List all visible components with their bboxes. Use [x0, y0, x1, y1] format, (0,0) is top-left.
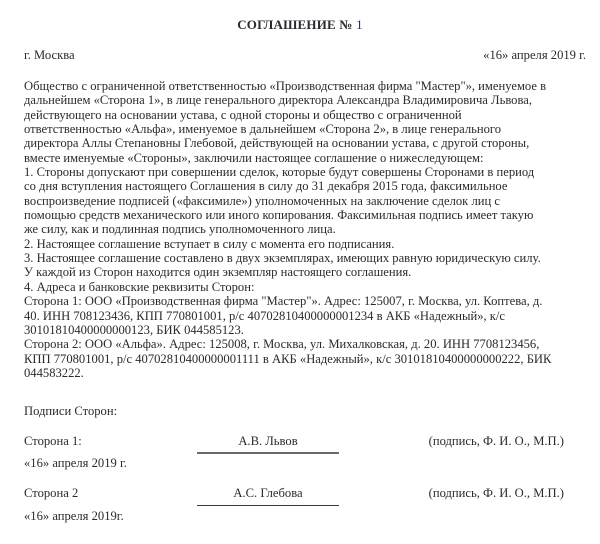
party-1-date: «16» апреля 2019 г.: [24, 456, 127, 471]
body-line: со дня вступления настоящего Соглашения …: [24, 179, 594, 193]
clause-2: 2. Настоящее соглашение вступает в силу …: [24, 237, 594, 251]
body-line: ответственностью «Альфа», именуемое в да…: [24, 122, 594, 136]
title-number: 1: [356, 17, 363, 32]
body-line: КПП 770801001, р/с 40702810400000001111 …: [24, 352, 594, 366]
body-line: У каждой из Сторон находится один экземп…: [24, 265, 594, 279]
body-line: же силу, как и подлинная подпись уполном…: [24, 222, 594, 236]
signatures-heading: Подписи Сторон:: [24, 404, 117, 419]
agreement-body: Общество с ограниченной ответственностью…: [24, 79, 594, 380]
body-line: Общество с ограниченной ответственностью…: [24, 79, 594, 93]
clause-4: 4. Адреса и банковские реквизиты Сторон:: [24, 280, 594, 294]
body-line: директора Аллы Степановны Глебовой, дейс…: [24, 136, 594, 150]
document-date: «16» апреля 2019 г.: [483, 48, 586, 63]
party-1-signatory: А.В. Львов: [197, 434, 339, 449]
city: г. Москва: [24, 48, 75, 63]
body-line: действующего на основании устава, с одно…: [24, 108, 594, 122]
body-line: 044583222.: [24, 366, 594, 380]
body-line: помощью средств механического или иного …: [24, 208, 594, 222]
party-1-details: Сторона 1: ООО «Производственная фирма "…: [24, 294, 594, 308]
body-line: дальнейшем «Сторона 1», в лице генеральн…: [24, 93, 594, 107]
party-2-details: Сторона 2: ООО «Альфа». Адрес: 125008, г…: [24, 337, 594, 351]
body-line: 30101810400000000123, БИК 044585123.: [24, 323, 594, 337]
party-2-label: Сторона 2: [24, 486, 78, 501]
party-2-signatory: А.С. Глебова: [197, 486, 339, 501]
title-text: СОГЛАШЕНИЕ №: [237, 17, 352, 32]
body-line: вместе именуемые «Стороны», заключили на…: [24, 151, 594, 165]
party-1-signature-hint: (подпись, Ф. И. О., М.П.): [429, 434, 564, 449]
party-2-signature-line: [197, 505, 339, 506]
body-line: 40. ИНН 708123436, КПП 770801001, р/с 40…: [24, 309, 594, 323]
party-2-signature-hint: (подпись, Ф. И. О., М.П.): [429, 486, 564, 501]
party-2-date: «16» апреля 2019г.: [24, 509, 124, 524]
document-title: СОГЛАШЕНИЕ № 1: [0, 17, 600, 33]
party-1-label: Сторона 1:: [24, 434, 82, 449]
body-line: воспроизведение подписей («факсимиле») у…: [24, 194, 594, 208]
party-1-signature-line: [197, 452, 339, 454]
clause-3: 3. Настоящее соглашение составлено в дву…: [24, 251, 594, 265]
clause-1: 1. Стороны допускают при совершении сдел…: [24, 165, 594, 179]
